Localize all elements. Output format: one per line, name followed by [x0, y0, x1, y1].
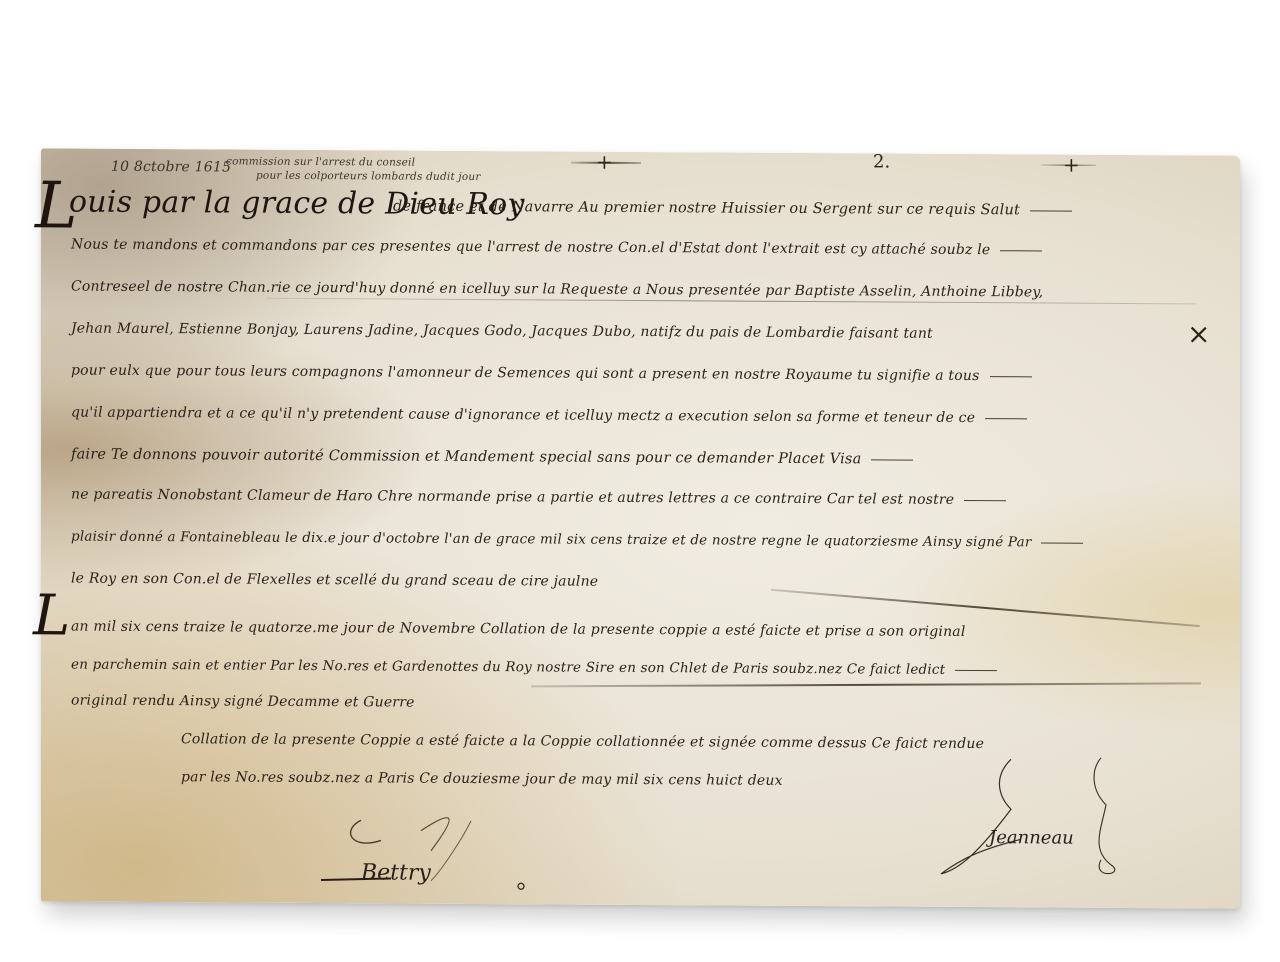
body-line-6: qu'il appartiendra et a ce qu'il n'y pre… [71, 405, 1027, 427]
parchment-sheet: 10 8ctobre 1615 commission sur l'arrest … [41, 148, 1240, 908]
line-fill [990, 376, 1032, 377]
body-line-8: ne pareatis Nonobstant Clameur de Haro C… [71, 487, 1006, 509]
document-photo: 10 8ctobre 1615 commission sur l'arrest … [0, 0, 1280, 962]
collation-line-2: en parchemin sain et entier Par les No.r… [71, 657, 997, 679]
body-line-7: faire Te donnons pouvoir autorité Commis… [71, 447, 913, 468]
line-fill [955, 670, 997, 671]
cross-mark-right-bar [1041, 164, 1096, 165]
body-line-5: pour eulx que pour tous leurs compagnons… [71, 363, 1032, 385]
body-line-6-text: qu'il appartiendra et a ce qu'il n'y pre… [71, 405, 975, 427]
line-fill [1000, 250, 1042, 251]
line-fill [871, 459, 913, 460]
signature-left: Bettry [321, 800, 521, 901]
marginal-x-mark: × [1187, 317, 1210, 350]
closing-flourish-line [771, 589, 1200, 627]
underline-stroke [266, 298, 1196, 305]
line-fill [985, 418, 1027, 419]
body-line-10-text: le Roy en son Con.el de Flexelles et sce… [71, 571, 598, 590]
body-line-5-text: pour eulx que pour tous leurs compagnons… [71, 363, 980, 385]
signature-flourish-left [321, 800, 521, 901]
body-line-3: Contreseel de nostre Chan.rie ce jourd'h… [71, 279, 1043, 301]
collation-line-1: an mil six cens traize le quatorze.me jo… [71, 619, 966, 640]
signature-right: Jeanneau [941, 749, 1141, 880]
line-fill [1030, 210, 1072, 211]
collation-line-1-text: an mil six cens traize le quatorze.me jo… [71, 619, 966, 640]
signature-right-name: Jeanneau [989, 827, 1074, 849]
signature-left-name: Bettry [361, 860, 431, 885]
cross-mark-left-bar [571, 162, 641, 164]
body-line-4-text: Jehan Maurel, Estienne Bonjay, Laurens J… [71, 321, 933, 342]
collation-divider-line [531, 682, 1201, 686]
page-number: 2. [873, 151, 890, 172]
body-line-10: le Roy en son Con.el de Flexelles et sce… [71, 571, 598, 590]
collation-line-3-text: original rendu Ainsy signé Decamme et Gu… [71, 693, 415, 711]
body-line-8-text: ne pareatis Nonobstant Clameur de Haro C… [71, 487, 954, 508]
signature-flourish-right [941, 749, 1141, 880]
date-note: 10 8ctobre 1615 [111, 159, 231, 176]
collation-line-3: original rendu Ainsy signé Decamme et Gu… [71, 693, 415, 711]
certification-line-1-text: Collation de la presente Coppie a esté f… [181, 731, 984, 752]
body-line-9: plaisir donné a Fontainebleau le dix.e j… [71, 529, 1083, 551]
certification-line-1: Collation de la presente Coppie a esté f… [181, 731, 984, 752]
margin-note-line2: pour les colporteurs lombards dudit jour [256, 170, 481, 183]
body-line-3-text: Contreseel de nostre Chan.rie ce jourd'h… [71, 279, 1043, 301]
body-line-2: Nous te mandons et commandons par ces pr… [71, 237, 1042, 259]
certification-line-2: par les No.res soubz.nez a Paris Ce douz… [181, 769, 783, 789]
body-line-4: Jehan Maurel, Estienne Bonjay, Laurens J… [71, 321, 933, 342]
margin-note-line1: commission sur l'arrest du conseil [226, 155, 415, 168]
collation-dropcap: L [33, 588, 70, 644]
line-fill [964, 499, 1006, 500]
body-line-9-text: plaisir donné a Fontainebleau le dix.e j… [71, 529, 1031, 551]
body-line-2-text: Nous te mandons et commandons par ces pr… [71, 237, 990, 259]
certification-line-2-text: par les No.res soubz.nez a Paris Ce douz… [181, 769, 783, 789]
line-fill [1041, 542, 1083, 543]
collation-line-2-text: en parchemin sain et entier Par les No.r… [71, 657, 945, 678]
body-line-7-text: faire Te donnons pouvoir autorité Commis… [71, 447, 861, 468]
